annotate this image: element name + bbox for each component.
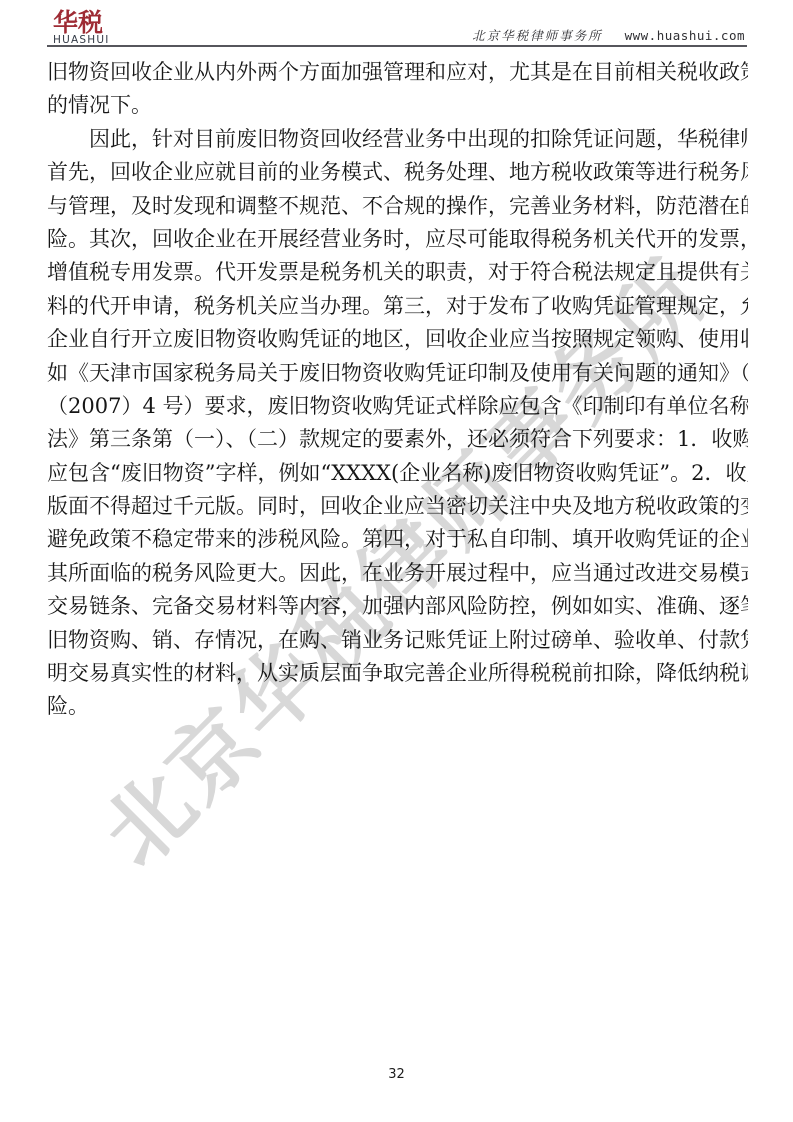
body-line: 版面不得超过千元版。同时，回收企业应当密切关注中央及地方税收政策的变化情况， <box>47 490 748 523</box>
firm-name: 北京华税律师事务所 <box>472 28 603 43</box>
body-line: 料的代开申请，税务机关应当办理。第三，对于发布了收购凭证管理规定，允许回收 <box>47 290 748 323</box>
body-line: 法》第三条第（一）、（二）款规定的要素外，还必须符合下列要求：1．收购凭证名称 <box>47 423 748 456</box>
body-line: 与管理，及时发现和调整不规范、不合规的操作，完善业务材料，防范潜在的涉税风 <box>47 190 748 223</box>
body-line: 如《天津市国家税务局关于废旧物资收购凭证印制及使用有关问题的通知》（津国税征 <box>47 357 748 390</box>
header: 华税 HUASHUI 北京华税律师事务所 www.huashui.com <box>47 10 747 46</box>
body-line: 旧物资回收企业从内外两个方面加强管理和应对，尤其是在目前相关税收政策不稳定 <box>47 56 748 89</box>
body-line: 因此，针对目前废旧物资回收经营业务中出现的扣除凭证问题，华税律师建议， <box>47 123 748 156</box>
body-line: 应包含“废旧物资”字样，例如“XXXX(企业名称)废旧物资收购凭证”。2．收购凭… <box>47 457 748 490</box>
header-divider <box>47 45 747 47</box>
logo-cn-text: 华税 <box>53 10 110 35</box>
footer: 32 <box>0 1063 793 1082</box>
body-line: 险。 <box>47 690 748 723</box>
body-paragraph: 因此，针对目前废旧物资回收经营业务中出现的扣除凭证问题，华税律师建议，首先，回收… <box>47 123 748 724</box>
body-line: 避免政策不稳定带来的涉税风险。第四，对于私自印制、填开收购凭证的企业而言， <box>47 523 748 556</box>
body-line: 其所面临的税务风险更大。因此，在业务开展过程中，应当通过改进交易模式、优化 <box>47 557 748 590</box>
body-line: 首先，回收企业应就目前的业务模式、税务处理、地方税收政策等进行税务风险评估 <box>47 156 748 189</box>
body-paragraph: 旧物资回收企业从内外两个方面加强管理和应对，尤其是在目前相关税收政策不稳定的情况… <box>47 56 748 123</box>
website-link[interactable]: www.huashui.com <box>625 28 745 43</box>
body-line: （2007）4 号）要求，废旧物资收购凭证式样除应包含《印制印有单位名称发票管理… <box>47 390 748 423</box>
body-line: 的情况下。 <box>47 89 748 122</box>
body-line: 明交易真实性的材料，从实质层面争取完善企业所得税税前扣除，降低纳税调整的风 <box>47 657 748 690</box>
logo: 华税 HUASHUI <box>53 10 110 46</box>
header-right: 北京华税律师事务所 www.huashui.com <box>472 26 745 44</box>
body-line: 旧物资购、销、存情况，在购、销业务记账凭证上附过磅单、验收单、付款凭证等证 <box>47 624 748 657</box>
document-page: 北京华税律师事务所 华税 HUASHUI 北京华税律师事务所 www.huash… <box>0 0 793 1122</box>
page-number: 32 <box>388 1067 405 1082</box>
body-line: 交易链条、完备交易材料等内容，加强内部风险防控，例如如实、准确、逐笔记录废 <box>47 590 748 623</box>
body-line: 险。其次，回收企业在开展经营业务时，应尽可能取得税务机关代开的发票，尤其是 <box>47 223 748 256</box>
body-line: 企业自行开立废旧物资收购凭证的地区，回收企业应当按照规定领购、使用收购凭证， <box>47 323 748 356</box>
body-line: 增值税专用发票。代开发票是税务机关的职责，对于符合税法规定且提供有关证明材 <box>47 256 748 289</box>
body-text: 旧物资回收企业从内外两个方面加强管理和应对，尤其是在目前相关税收政策不稳定的情况… <box>47 56 748 724</box>
